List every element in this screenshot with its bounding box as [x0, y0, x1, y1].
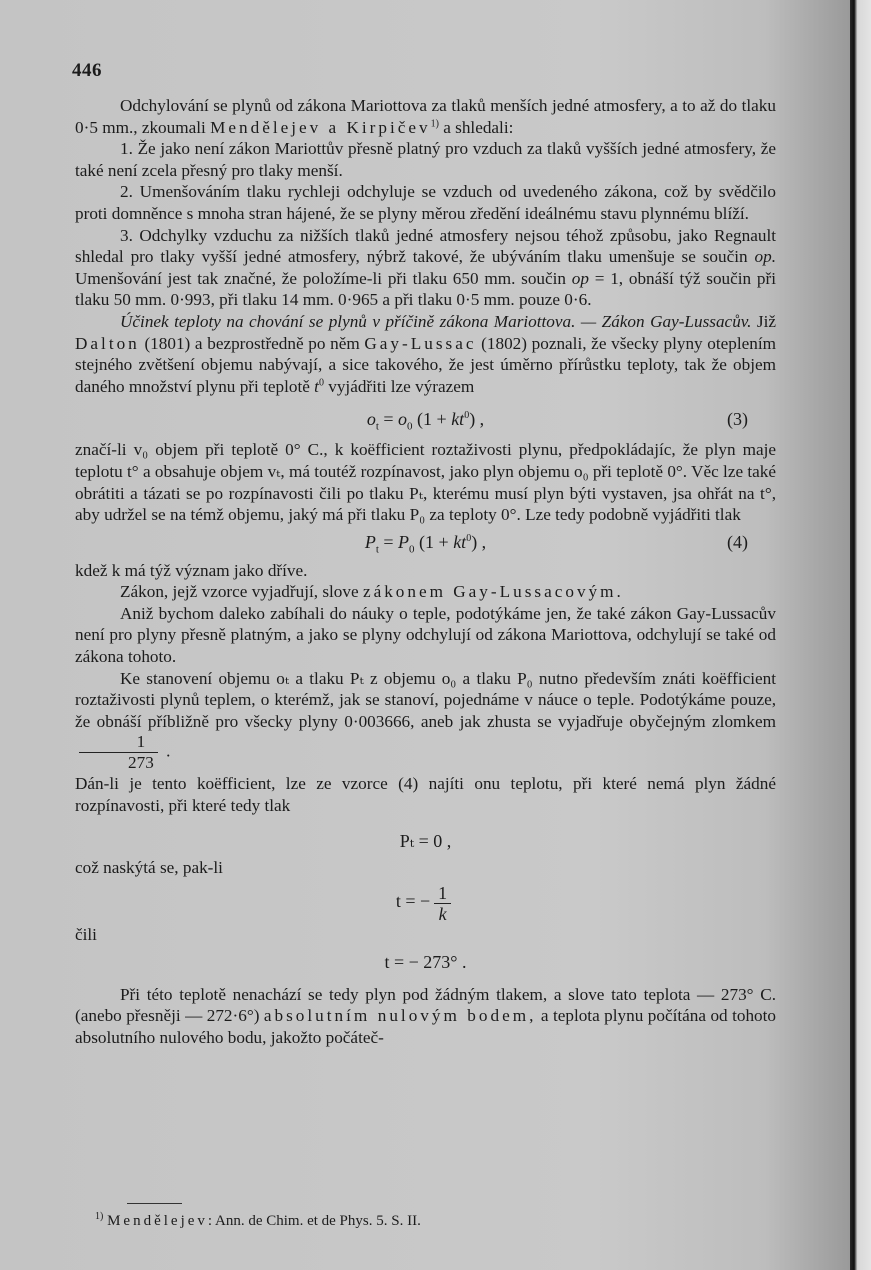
section-paragraph: Účinek teploty na chování se plynů v pří… — [75, 311, 776, 397]
paragraph-absolute-zero: Při této teplotě nenachází se tedy plyn … — [75, 984, 776, 1049]
paragraph-law: Zákon, jejž vzorce vyjadřují, slove záko… — [75, 581, 776, 603]
equation-3: ot = o0 (1 + kt0) , (3) — [75, 403, 776, 435]
equation-pressure-zero: Pₜ = 0 , — [75, 825, 776, 857]
paragraph-intro: Odchylování se plynů od zákona Mariottov… — [75, 95, 776, 138]
authors: Mendělejev a Kirpičev — [210, 118, 430, 137]
paragraph-definitions: značí-li v₀ objem při teplotě 0° C., k k… — [75, 439, 776, 525]
equation-4: Pt = P0 (1 + kt0) , (4) — [75, 526, 776, 558]
equation-t-fraction: t = −1k — [75, 878, 776, 924]
paragraph-when: což naskýtá se, pak-li — [75, 857, 776, 879]
book-spine-shadow — [850, 0, 871, 1270]
paragraph-or: čili — [75, 924, 776, 946]
equation-number: (3) — [727, 403, 748, 435]
equation-number: (4) — [727, 526, 748, 558]
equation-absolute-zero: t = − 273° . — [75, 946, 776, 978]
fraction: 1273 — [79, 732, 158, 773]
scanned-page: 446 Odchylování se plynů od zákona Mario… — [0, 0, 850, 1270]
footnote-ref: 1) — [431, 118, 439, 129]
paragraph-given: Dán-li je tento koëfficient, lze ze vzor… — [75, 773, 776, 816]
paragraph-k: kdež k má týž význam jako dříve. — [75, 560, 776, 582]
paragraph-deviation: Aniž bychom daleko zabíhali do náuky o t… — [75, 603, 776, 668]
footnote: 1) Mendělejev: Ann. de Chim. et de Phys.… — [95, 1213, 421, 1230]
list-item-1: 1. Že jako není zákon Mariottův přesně p… — [75, 138, 776, 181]
body-text: Odchylování se plynů od zákona Mariottov… — [75, 95, 776, 1049]
footnote-divider — [127, 1203, 182, 1204]
list-item-3: 3. Odchylky vzduchu za nižších tlaků jed… — [75, 225, 776, 311]
paragraph-coefficient: Ke stanovení objemu oₜ a tlaku Pₜ z obje… — [75, 668, 776, 774]
list-item-2: 2. Umenšováním tlaku rychleji odchyluje … — [75, 181, 776, 224]
section-heading: Účinek teploty na chování se plynů v pří… — [120, 312, 751, 331]
page-number: 446 — [72, 60, 102, 82]
